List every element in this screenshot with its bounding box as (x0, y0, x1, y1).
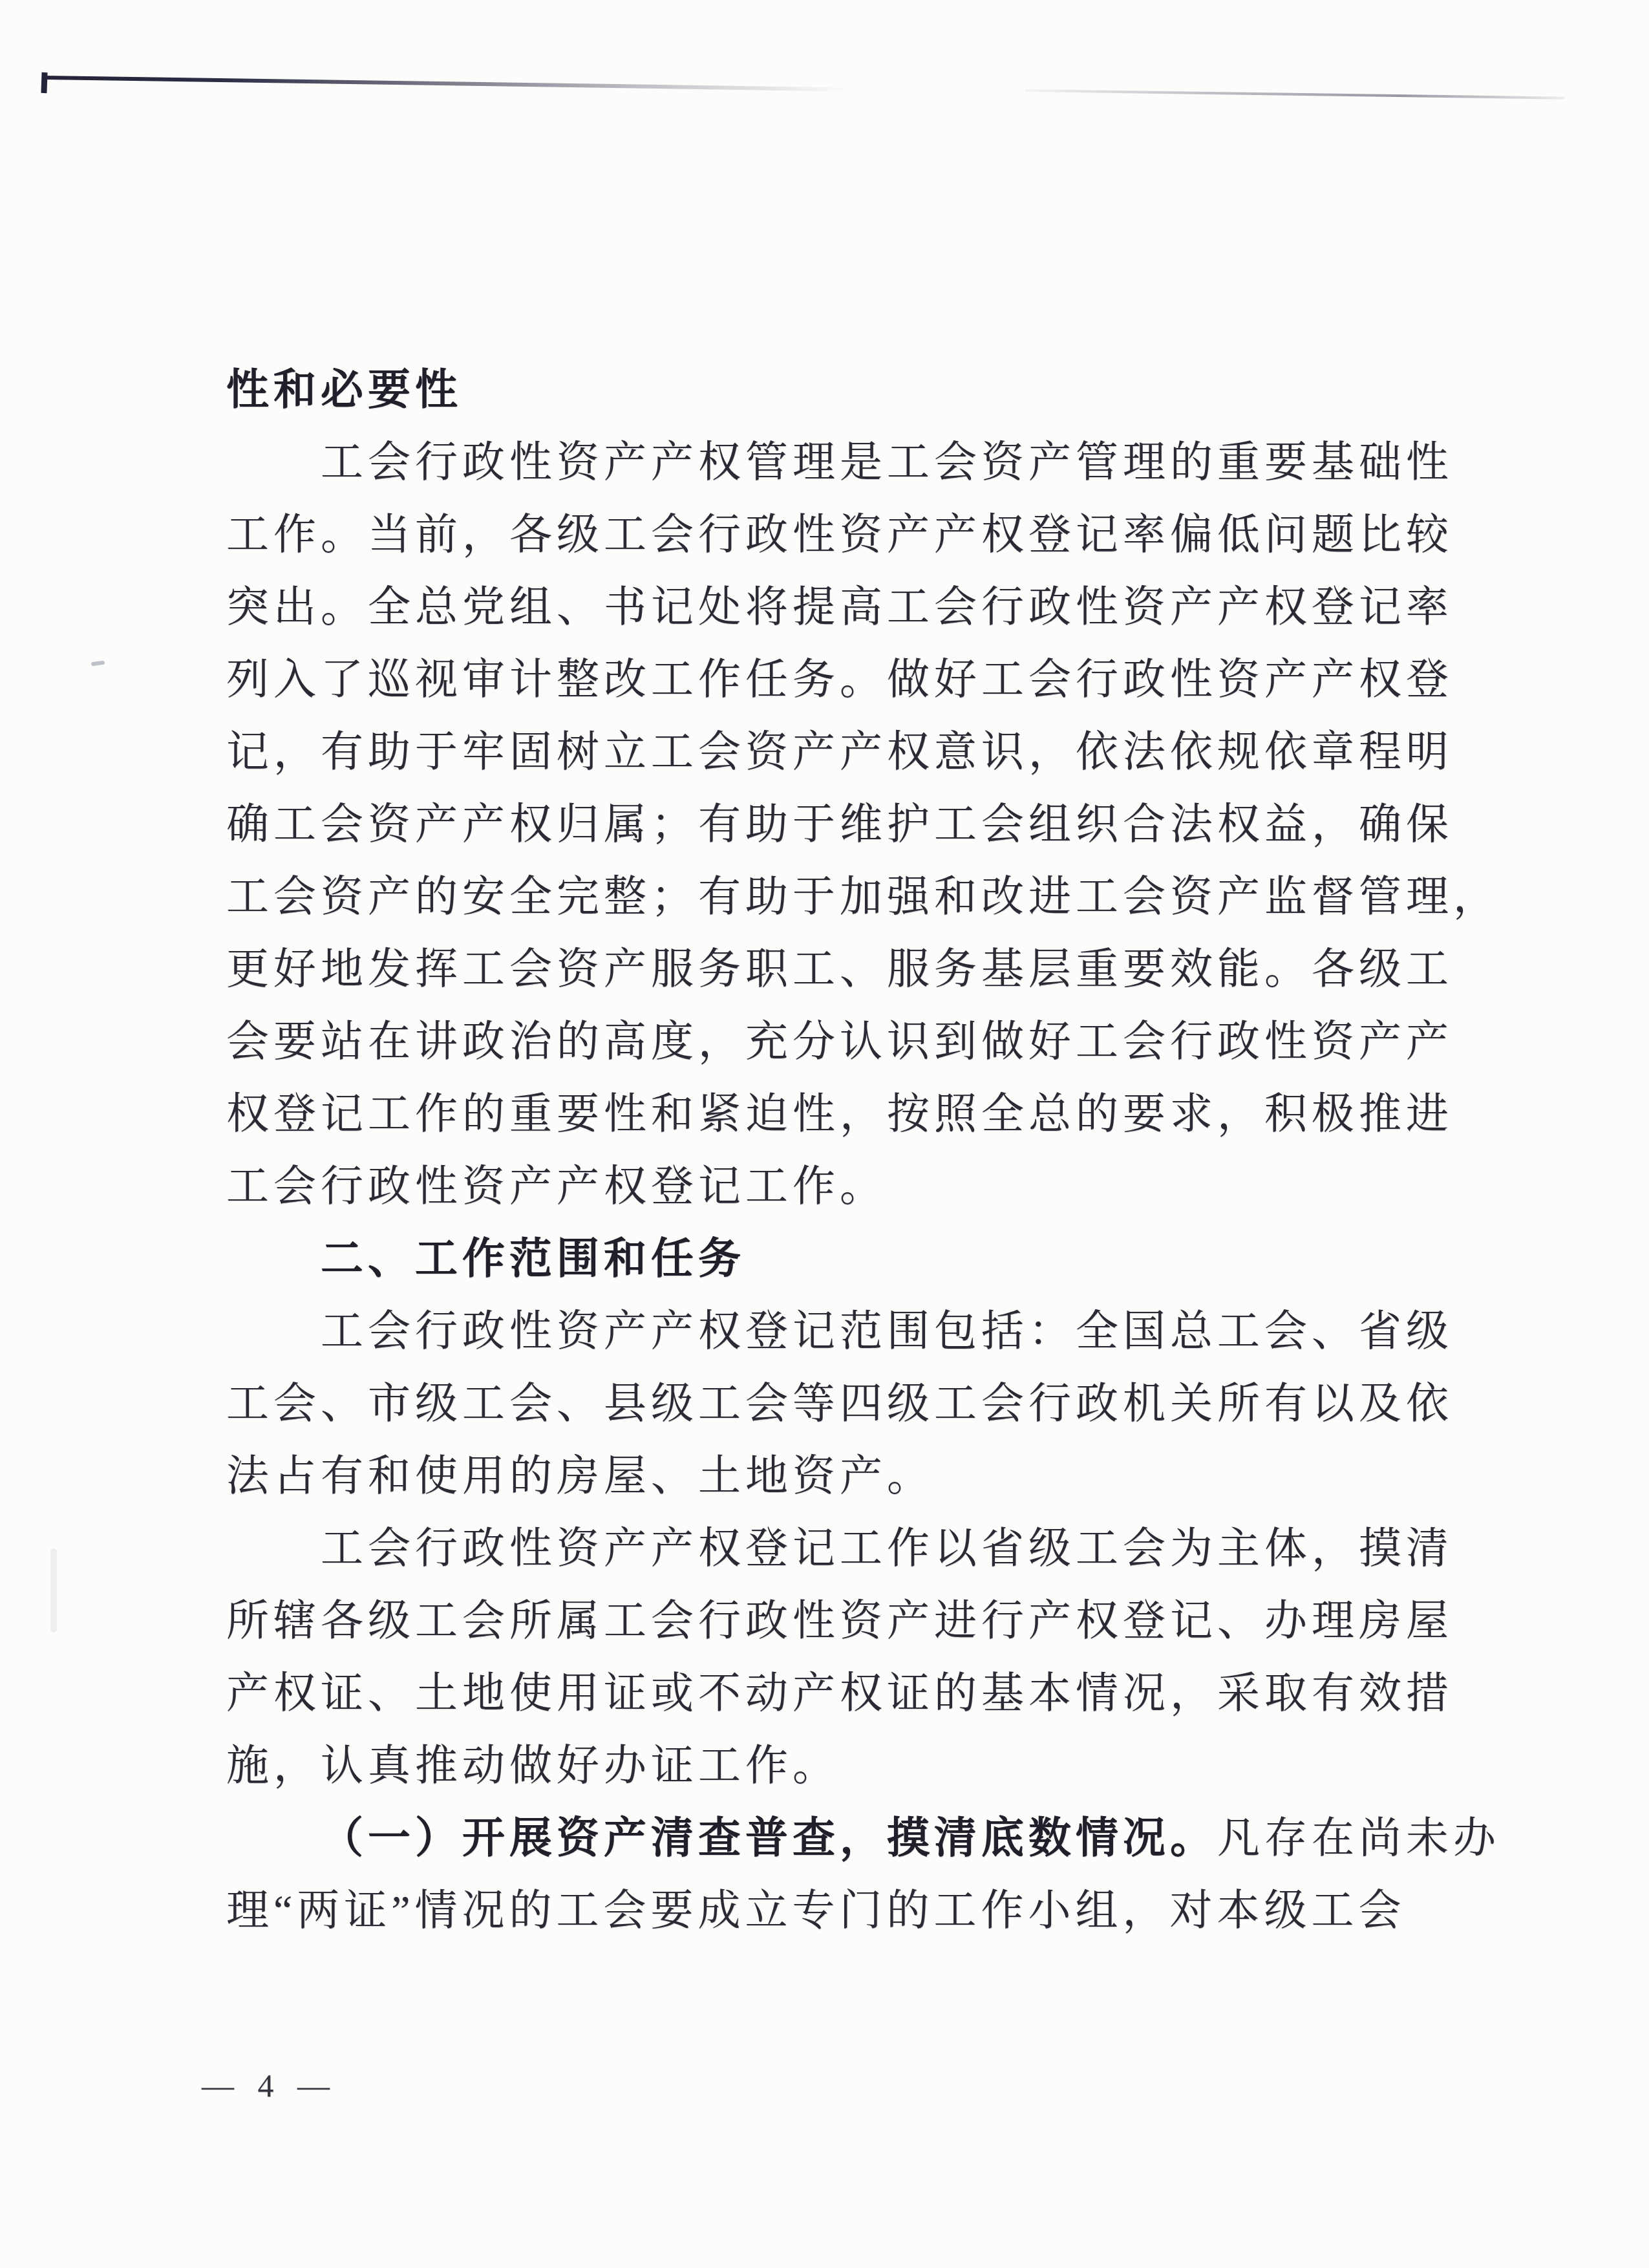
doc-line: 工会行政性资产产权登记工作。 (226, 1151, 1403, 1223)
scan-edge-line-artifact-left (43, 76, 851, 92)
document-text-block: 性和必要性 工会行政性资产产权管理是工会资产管理的重要基础性 工作。当前，各级工… (226, 354, 1403, 1947)
doc-line: 更好地发挥工会资产服务职工、服务基层重要效能。各级工 (226, 934, 1403, 1006)
doc-line: 突出。全总党组、书记处将提高工会行政性资产产权登记率 (226, 572, 1403, 644)
item-heading: （一）开展资产清查普查，摸清底数情况。 (321, 1815, 1217, 1862)
scan-edge-line-artifact-right (1025, 89, 1564, 100)
doc-line: 会要站在讲政治的高度，充分认识到做好工会行政性资产产 (226, 1006, 1403, 1078)
page-number: — 4 — (202, 2066, 332, 2105)
section-heading: 二、工作范围和任务 (226, 1223, 1403, 1296)
doc-line: 确工会资产产权归属；有助于维护工会组织合法权益，确保 (226, 789, 1403, 861)
doc-line: 施，认真推动做好办证工作。 (226, 1730, 1403, 1803)
item-heading-trailing-text: 凡存在尚未办 (1217, 1815, 1500, 1862)
item-heading-line: （一）开展资产清查普查，摸清底数情况。凡存在尚未办 (226, 1803, 1403, 1875)
edge-smudge-artifact (50, 1548, 57, 1632)
doc-line: 工会行政性资产产权登记范围包括：全国总工会、省级 (226, 1296, 1403, 1368)
doc-line: 工会、市级工会、县级工会等四级工会行政机关所有以及依 (226, 1368, 1403, 1440)
doc-line: 所辖各级工会所属工会行政性资产进行产权登记、办理房屋 (226, 1585, 1403, 1658)
doc-line: 法占有和使用的房屋、土地资产。 (226, 1440, 1403, 1513)
doc-line: 工会行政性资产产权管理是工会资产管理的重要基础性 (226, 427, 1403, 499)
margin-speck-artifact (91, 661, 105, 667)
heading-continuation-line: 性和必要性 (226, 354, 1403, 427)
scanned-document-page: 性和必要性 工会行政性资产产权管理是工会资产管理的重要基础性 工作。当前，各级工… (0, 0, 1649, 2268)
doc-line: 记，有助于牢固树立工会资产产权意识，依法依规依章程明 (226, 716, 1403, 789)
doc-line: 工会资产的安全完整；有助于加强和改进工会资产监督管理， (226, 861, 1403, 934)
doc-line: 工会行政性资产产权登记工作以省级工会为主体，摸清 (226, 1513, 1403, 1585)
doc-line: 列入了巡视审计整改工作任务。做好工会行政性资产产权登 (226, 644, 1403, 716)
doc-line: 产权证、土地使用证或不动产权证的基本情况，采取有效措 (226, 1658, 1403, 1730)
doc-line: 权登记工作的重要性和紧迫性，按照全总的要求，积极推进 (226, 1078, 1403, 1151)
doc-line: 工作。当前，各级工会行政性资产产权登记率偏低问题比较 (226, 499, 1403, 572)
doc-line: 理“两证”情况的工会要成立专门的工作小组，对本级工会 (226, 1875, 1403, 1947)
